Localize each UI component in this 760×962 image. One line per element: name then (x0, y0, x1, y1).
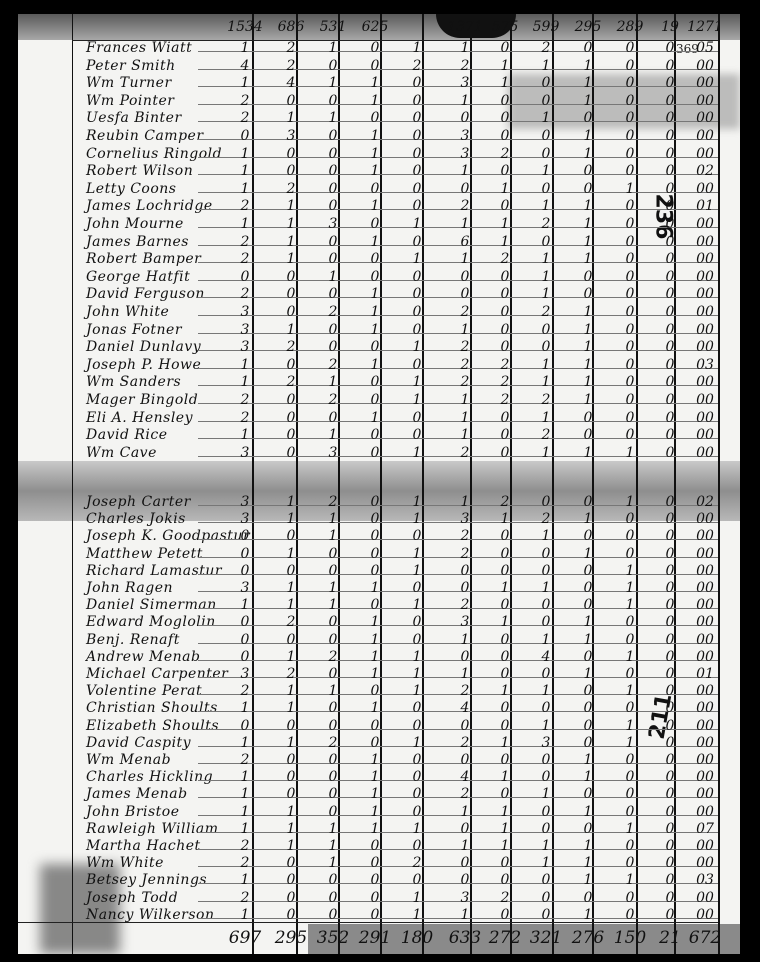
household-name: Joseph P. Howe (86, 357, 201, 373)
tally-cell: 0 (531, 494, 561, 510)
household-name: Volentine Perat (86, 683, 202, 699)
tally-cell: 0 (450, 649, 480, 665)
tally-cell: 0 (450, 855, 480, 871)
tally-cell: 0 (655, 700, 685, 716)
tally-cell: 0 (655, 872, 685, 888)
totals-row: 69729535229118063327232127615021672 (18, 928, 740, 950)
tally-cell: 2 (531, 216, 561, 232)
tally-cell: 1 (360, 666, 390, 682)
tally-cell: 0 (573, 649, 603, 665)
household-name: Christian Shoults (86, 700, 218, 716)
tally-cell: 0 (360, 838, 390, 854)
tally-cell: 3 (276, 128, 306, 144)
tally-cell: 1 (230, 75, 260, 91)
tally-cell: 0 (490, 597, 520, 613)
tally-cell: 2 (276, 614, 306, 630)
tally-cell: 0 (230, 269, 260, 285)
tally-cell: 3 (531, 735, 561, 751)
tally-cell: 3 (450, 128, 480, 144)
tally-cell: 0 (531, 752, 561, 768)
household-name: Robert Bamper (86, 251, 201, 267)
tally-cell: 0 (490, 286, 520, 302)
totals-rule (18, 922, 718, 923)
tally-cell: 2 (276, 58, 306, 74)
tally-cell: 0 (490, 269, 520, 285)
tally-cell: 00 (690, 838, 720, 854)
tally-cell: 0 (318, 890, 348, 906)
tally-cell: 0 (573, 821, 603, 837)
tally-cell: 0 (615, 93, 645, 109)
tally-cell: 1 (531, 410, 561, 426)
tally-cell: 0 (655, 580, 685, 596)
tally-cell: 0 (490, 786, 520, 802)
tally-cell: 1 (490, 75, 520, 91)
tally-cell: 0 (655, 752, 685, 768)
tally-cell: 0 (655, 614, 685, 630)
tally-cell: 0 (276, 269, 306, 285)
tally-cell: 0 (490, 632, 520, 648)
tally-cell: 0 (490, 563, 520, 579)
tally-cell: 0 (318, 563, 348, 579)
tally-cell: 1 (360, 580, 390, 596)
tally-cell: 0 (490, 649, 520, 665)
tally-cell: 1 (360, 769, 390, 785)
tally-cell: 3 (230, 322, 260, 338)
tally-cell: 1 (573, 445, 603, 461)
tally-cell: 1 (573, 216, 603, 232)
tally-cell: 0 (531, 804, 561, 820)
tally-cell: 1 (573, 872, 603, 888)
tally-cell: 1 (276, 804, 306, 820)
tally-cell: 0 (230, 563, 260, 579)
tally-cell: 1 (573, 392, 603, 408)
tally-cell: 2 (230, 890, 260, 906)
tally-cell: 0 (615, 128, 645, 144)
household-name: Mager Bingold (86, 392, 198, 408)
tally-cell: 1 (450, 216, 480, 232)
tally-cell: 0 (655, 392, 685, 408)
tally-cell: 1 (573, 511, 603, 527)
tally-cell: 2 (450, 58, 480, 74)
tally-cell: 2 (230, 392, 260, 408)
tally-cell: 1 (531, 357, 561, 373)
total-cell: 150 (611, 928, 649, 948)
tally-cell: 1 (531, 374, 561, 390)
tally-cell: 1 (531, 718, 561, 734)
tally-cell: 2 (276, 181, 306, 197)
tally-cell: 1 (230, 907, 260, 923)
tally-cell: 2 (230, 683, 260, 699)
tally-cell: 0 (655, 163, 685, 179)
tally-cell: 00 (690, 649, 720, 665)
tally-cell: 0 (655, 528, 685, 544)
household-name: David Rice (86, 427, 168, 443)
tally-cell: 1 (318, 683, 348, 699)
tally-cell: 0 (615, 546, 645, 562)
tally-cell: 0 (655, 838, 685, 854)
household-name: Elizabeth Shoults (86, 718, 219, 734)
tally-cell: 0 (360, 528, 390, 544)
tally-cell: 0 (402, 838, 432, 854)
tally-cell: 3 (450, 511, 480, 527)
tally-cell: 0 (615, 769, 645, 785)
tally-cell: 0 (276, 855, 306, 871)
tally-cell: 2 (531, 40, 561, 56)
tally-cell: 1 (276, 494, 306, 510)
tally-cell: 1 (402, 445, 432, 461)
household-name: Joseph Carter (86, 494, 191, 510)
tally-cell: 2 (230, 752, 260, 768)
tally-cell: 1 (450, 40, 480, 56)
tally-cell: 2 (490, 146, 520, 162)
household-name: Daniel Simerman (86, 597, 217, 613)
tally-cell: 1 (230, 357, 260, 373)
tally-cell: 1 (573, 339, 603, 355)
tally-cell: 1 (402, 649, 432, 665)
tally-cell: 0 (615, 614, 645, 630)
tally-cell: 1 (490, 234, 520, 250)
tally-cell: 1 (531, 786, 561, 802)
tally-cell: 1 (276, 110, 306, 126)
household-name: Edward Moglolin (86, 614, 216, 630)
tally-cell: 0 (318, 128, 348, 144)
tally-cell: 0 (360, 511, 390, 527)
tally-cell: 0 (531, 872, 561, 888)
tally-cell: 0 (615, 374, 645, 390)
tally-cell: 0 (531, 614, 561, 630)
tally-cell: 02 (690, 494, 720, 510)
tally-cell: 0 (490, 110, 520, 126)
tally-cell: 1 (360, 234, 390, 250)
tally-cell: 1 (276, 251, 306, 267)
tally-cell: 1 (230, 146, 260, 162)
tally-cell: 1 (615, 735, 645, 751)
tally-cell: 00 (690, 339, 720, 355)
tally-cell: 0 (655, 511, 685, 527)
household-name: Wm Cave (86, 445, 157, 461)
tally-cell: 0 (615, 216, 645, 232)
tally-cell: 3 (450, 75, 480, 91)
household-name: Daniel Dunlavy (86, 339, 201, 355)
tally-cell: 1 (230, 427, 260, 443)
tally-cell: 00 (690, 374, 720, 390)
tally-cell: 2 (230, 855, 260, 871)
tally-cell: 0 (276, 410, 306, 426)
tally-cell: 2 (490, 392, 520, 408)
tally-cell: 0 (402, 181, 432, 197)
tally-cell: 0 (318, 614, 348, 630)
tally-cell: 0 (360, 58, 390, 74)
tally-cell: 0 (573, 735, 603, 751)
tally-cell: 1 (531, 683, 561, 699)
household-name: James Barnes (86, 234, 189, 250)
tally-cell: 0 (318, 234, 348, 250)
tally-cell: 0 (450, 563, 480, 579)
tally-cell: 0 (615, 163, 645, 179)
tally-cell: 0 (318, 286, 348, 302)
tally-cell: 0 (531, 890, 561, 906)
tally-cell: 0 (531, 769, 561, 785)
tally-cell: 2 (318, 649, 348, 665)
tally-cell: 0 (655, 357, 685, 373)
tally-cell: 1 (573, 357, 603, 373)
tally-cell: 2 (450, 445, 480, 461)
tally-cell: 0 (318, 146, 348, 162)
tally-cell: 0 (573, 718, 603, 734)
tally-cell: 0 (402, 75, 432, 91)
tally-cell: 07 (690, 821, 720, 837)
tally-cell: 0 (402, 872, 432, 888)
tally-cell: 0 (655, 855, 685, 871)
tally-cell: 0 (402, 752, 432, 768)
household-name: Wm Menab (86, 752, 171, 768)
tally-cell: 0 (490, 322, 520, 338)
tally-cell: 2 (450, 374, 480, 390)
tally-cell: 3 (230, 304, 260, 320)
tally-cell: 0 (490, 855, 520, 871)
tally-cell: 0 (655, 735, 685, 751)
tally-cell: 0 (615, 58, 645, 74)
total-cell: 291 (356, 928, 394, 948)
tally-cell: 3 (450, 614, 480, 630)
tally-cell: 0 (655, 322, 685, 338)
tally-cell: 0 (360, 890, 390, 906)
tally-cell: 2 (450, 198, 480, 214)
tally-cell: 1 (490, 216, 520, 232)
tally-cell: 0 (360, 374, 390, 390)
tally-cell: 0 (276, 146, 306, 162)
tally-cell: 1 (360, 804, 390, 820)
tally-cell: 00 (690, 251, 720, 267)
tally-cell: 1 (276, 838, 306, 854)
census-page: 369 236 211 1534686531625137157559929528… (18, 14, 740, 954)
tally-cell: 0 (276, 163, 306, 179)
tally-cell: 0 (615, 304, 645, 320)
tally-cell: 0 (230, 546, 260, 562)
tally-cell: 1 (402, 374, 432, 390)
tally-cell: 0 (531, 339, 561, 355)
household-name: Joseph K. Goodpastur (86, 528, 250, 544)
tally-cell: 0 (615, 786, 645, 802)
household-name: Wm Turner (86, 75, 172, 91)
tally-cell: 0 (360, 445, 390, 461)
tally-cell: 2 (450, 304, 480, 320)
tally-cell: 0 (615, 838, 645, 854)
tally-cell: 2 (490, 357, 520, 373)
tally-cell: 0 (615, 269, 645, 285)
tally-cell: 0 (490, 410, 520, 426)
tally-cell: 1 (573, 907, 603, 923)
tally-cell: 2 (450, 735, 480, 751)
tally-cell: 2 (318, 304, 348, 320)
tally-cell: 1 (531, 445, 561, 461)
tally-cell: 2 (531, 427, 561, 443)
tally-cell: 00 (690, 528, 720, 544)
tally-cell: 1 (230, 40, 260, 56)
tally-cell: 0 (573, 683, 603, 699)
tally-cell: 0 (615, 804, 645, 820)
tally-cell: 0 (490, 546, 520, 562)
tally-cell: 1 (402, 494, 432, 510)
tally-cell: 0 (402, 128, 432, 144)
tally-cell: 0 (655, 198, 685, 214)
tally-cell: 1 (450, 427, 480, 443)
tally-cell: 2 (230, 234, 260, 250)
tally-cell: 0 (360, 251, 390, 267)
tally-cell: 1 (276, 511, 306, 527)
tally-cell: 0 (573, 110, 603, 126)
tally-cell: 1 (531, 110, 561, 126)
tally-cell: 0 (276, 632, 306, 648)
tally-cell: 00 (690, 93, 720, 109)
tally-cell: 1 (318, 528, 348, 544)
tally-cell: 1 (402, 683, 432, 699)
tally-cell: 1 (490, 735, 520, 751)
tally-cell: 0 (318, 632, 348, 648)
tally-cell: 0 (490, 427, 520, 443)
tally-cell: 0 (655, 304, 685, 320)
tally-cell: 0 (615, 632, 645, 648)
tally-cell: 1 (360, 752, 390, 768)
tally-cell: 00 (690, 216, 720, 232)
tally-cell: 2 (230, 410, 260, 426)
tally-cell: 1 (230, 786, 260, 802)
tally-cell: 0 (450, 286, 480, 302)
tally-cell: 2 (230, 838, 260, 854)
tally-cell: 1 (318, 374, 348, 390)
tally-cell: 0 (360, 110, 390, 126)
tally-cell: 0 (276, 786, 306, 802)
tally-cell: 1 (573, 234, 603, 250)
tally-cell: 2 (318, 735, 348, 751)
tally-cell: 1 (450, 410, 480, 426)
tally-cell: 0 (531, 597, 561, 613)
tally-cell: 0 (655, 110, 685, 126)
tally-cell: 0 (402, 528, 432, 544)
tally-cell: 1 (573, 128, 603, 144)
tally-cell: 0 (450, 110, 480, 126)
tally-cell: 1 (230, 700, 260, 716)
tally-cell: 1 (573, 546, 603, 562)
tally-cell: 0 (573, 410, 603, 426)
tally-cell: 0 (360, 269, 390, 285)
tally-cell: 0 (276, 528, 306, 544)
tally-cell: 0 (490, 198, 520, 214)
tally-cell: 2 (450, 786, 480, 802)
tally-cell: 00 (690, 632, 720, 648)
tally-cell: 0 (318, 339, 348, 355)
tally-cell: 2 (450, 357, 480, 373)
tally-cell: 03 (690, 357, 720, 373)
tally-cell: 1 (490, 683, 520, 699)
tally-cell: 1 (318, 110, 348, 126)
tally-cell: 1 (531, 286, 561, 302)
tally-cell: 2 (230, 93, 260, 109)
tally-cell: 0 (402, 614, 432, 630)
tally-cell: 0 (318, 251, 348, 267)
total-cell: 276 (569, 928, 607, 948)
tally-cell: 01 (690, 666, 720, 682)
tally-cell: 1 (276, 700, 306, 716)
tally-cell: 3 (230, 580, 260, 596)
tally-cell: 0 (655, 804, 685, 820)
tally-cell: 4 (531, 649, 561, 665)
tally-cell: 1 (531, 198, 561, 214)
tally-cell: 1 (230, 872, 260, 888)
tally-cell: 2 (318, 392, 348, 408)
tally-cell: 0 (450, 718, 480, 734)
tally-cell: 0 (655, 597, 685, 613)
household-name: Martha Hachet (86, 838, 201, 854)
tally-cell: 0 (230, 128, 260, 144)
household-name: Robert Wilson (86, 163, 193, 179)
tally-cell: 0 (276, 304, 306, 320)
tally-cell: 0 (615, 907, 645, 923)
tally-cell: 1 (573, 322, 603, 338)
tally-cell: 0 (318, 666, 348, 682)
column-header: 19 (650, 19, 690, 35)
tally-cell: 0 (402, 234, 432, 250)
tally-cell: 0 (360, 427, 390, 443)
tally-cell: 0 (531, 128, 561, 144)
tally-cell: 1 (531, 163, 561, 179)
household-name: David Caspity (86, 735, 191, 751)
tally-cell: 2 (318, 357, 348, 373)
tally-cell: 0 (402, 410, 432, 426)
tally-cell: 0 (655, 251, 685, 267)
household-name: Frances Wiatt (86, 40, 192, 56)
tally-cell: 0 (573, 494, 603, 510)
tally-cell: 1 (531, 838, 561, 854)
tally-cell: 0 (573, 286, 603, 302)
household-name: Betsey Jennings (86, 872, 207, 888)
total-cell: 697 (226, 928, 264, 948)
tally-cell: 0 (655, 410, 685, 426)
tally-cell: 00 (690, 683, 720, 699)
tally-cell: 1 (318, 838, 348, 854)
tally-cell: 0 (276, 890, 306, 906)
tally-cell: 0 (615, 410, 645, 426)
tally-cell: 1 (573, 614, 603, 630)
tally-cell: 1 (450, 163, 480, 179)
tally-cell: 0 (655, 58, 685, 74)
tally-cell: 1 (230, 374, 260, 390)
tally-cell: 00 (690, 445, 720, 461)
tally-cell: 00 (690, 752, 720, 768)
tally-cell: 0 (402, 146, 432, 162)
tally-cell: 0 (655, 666, 685, 682)
tally-cell: 0 (450, 181, 480, 197)
tally-cell: 1 (615, 718, 645, 734)
tally-cell: 0 (230, 632, 260, 648)
tally-cell: 00 (690, 597, 720, 613)
tally-cell: 0 (655, 546, 685, 562)
tally-cell: 00 (690, 410, 720, 426)
tally-cell: 0 (490, 93, 520, 109)
tally-cell: 1 (360, 198, 390, 214)
tally-cell: 0 (655, 427, 685, 443)
tally-cell: 1 (615, 580, 645, 596)
tally-cell: 1 (230, 821, 260, 837)
tally-cell: 0 (318, 410, 348, 426)
tally-cell: 0 (318, 718, 348, 734)
tally-cell: 0 (402, 286, 432, 302)
tally-cell: 1 (318, 855, 348, 871)
total-cell: 21 (651, 928, 689, 948)
tally-cell: 1 (318, 40, 348, 56)
tally-cell: 0 (573, 597, 603, 613)
tally-cell: 2 (450, 546, 480, 562)
